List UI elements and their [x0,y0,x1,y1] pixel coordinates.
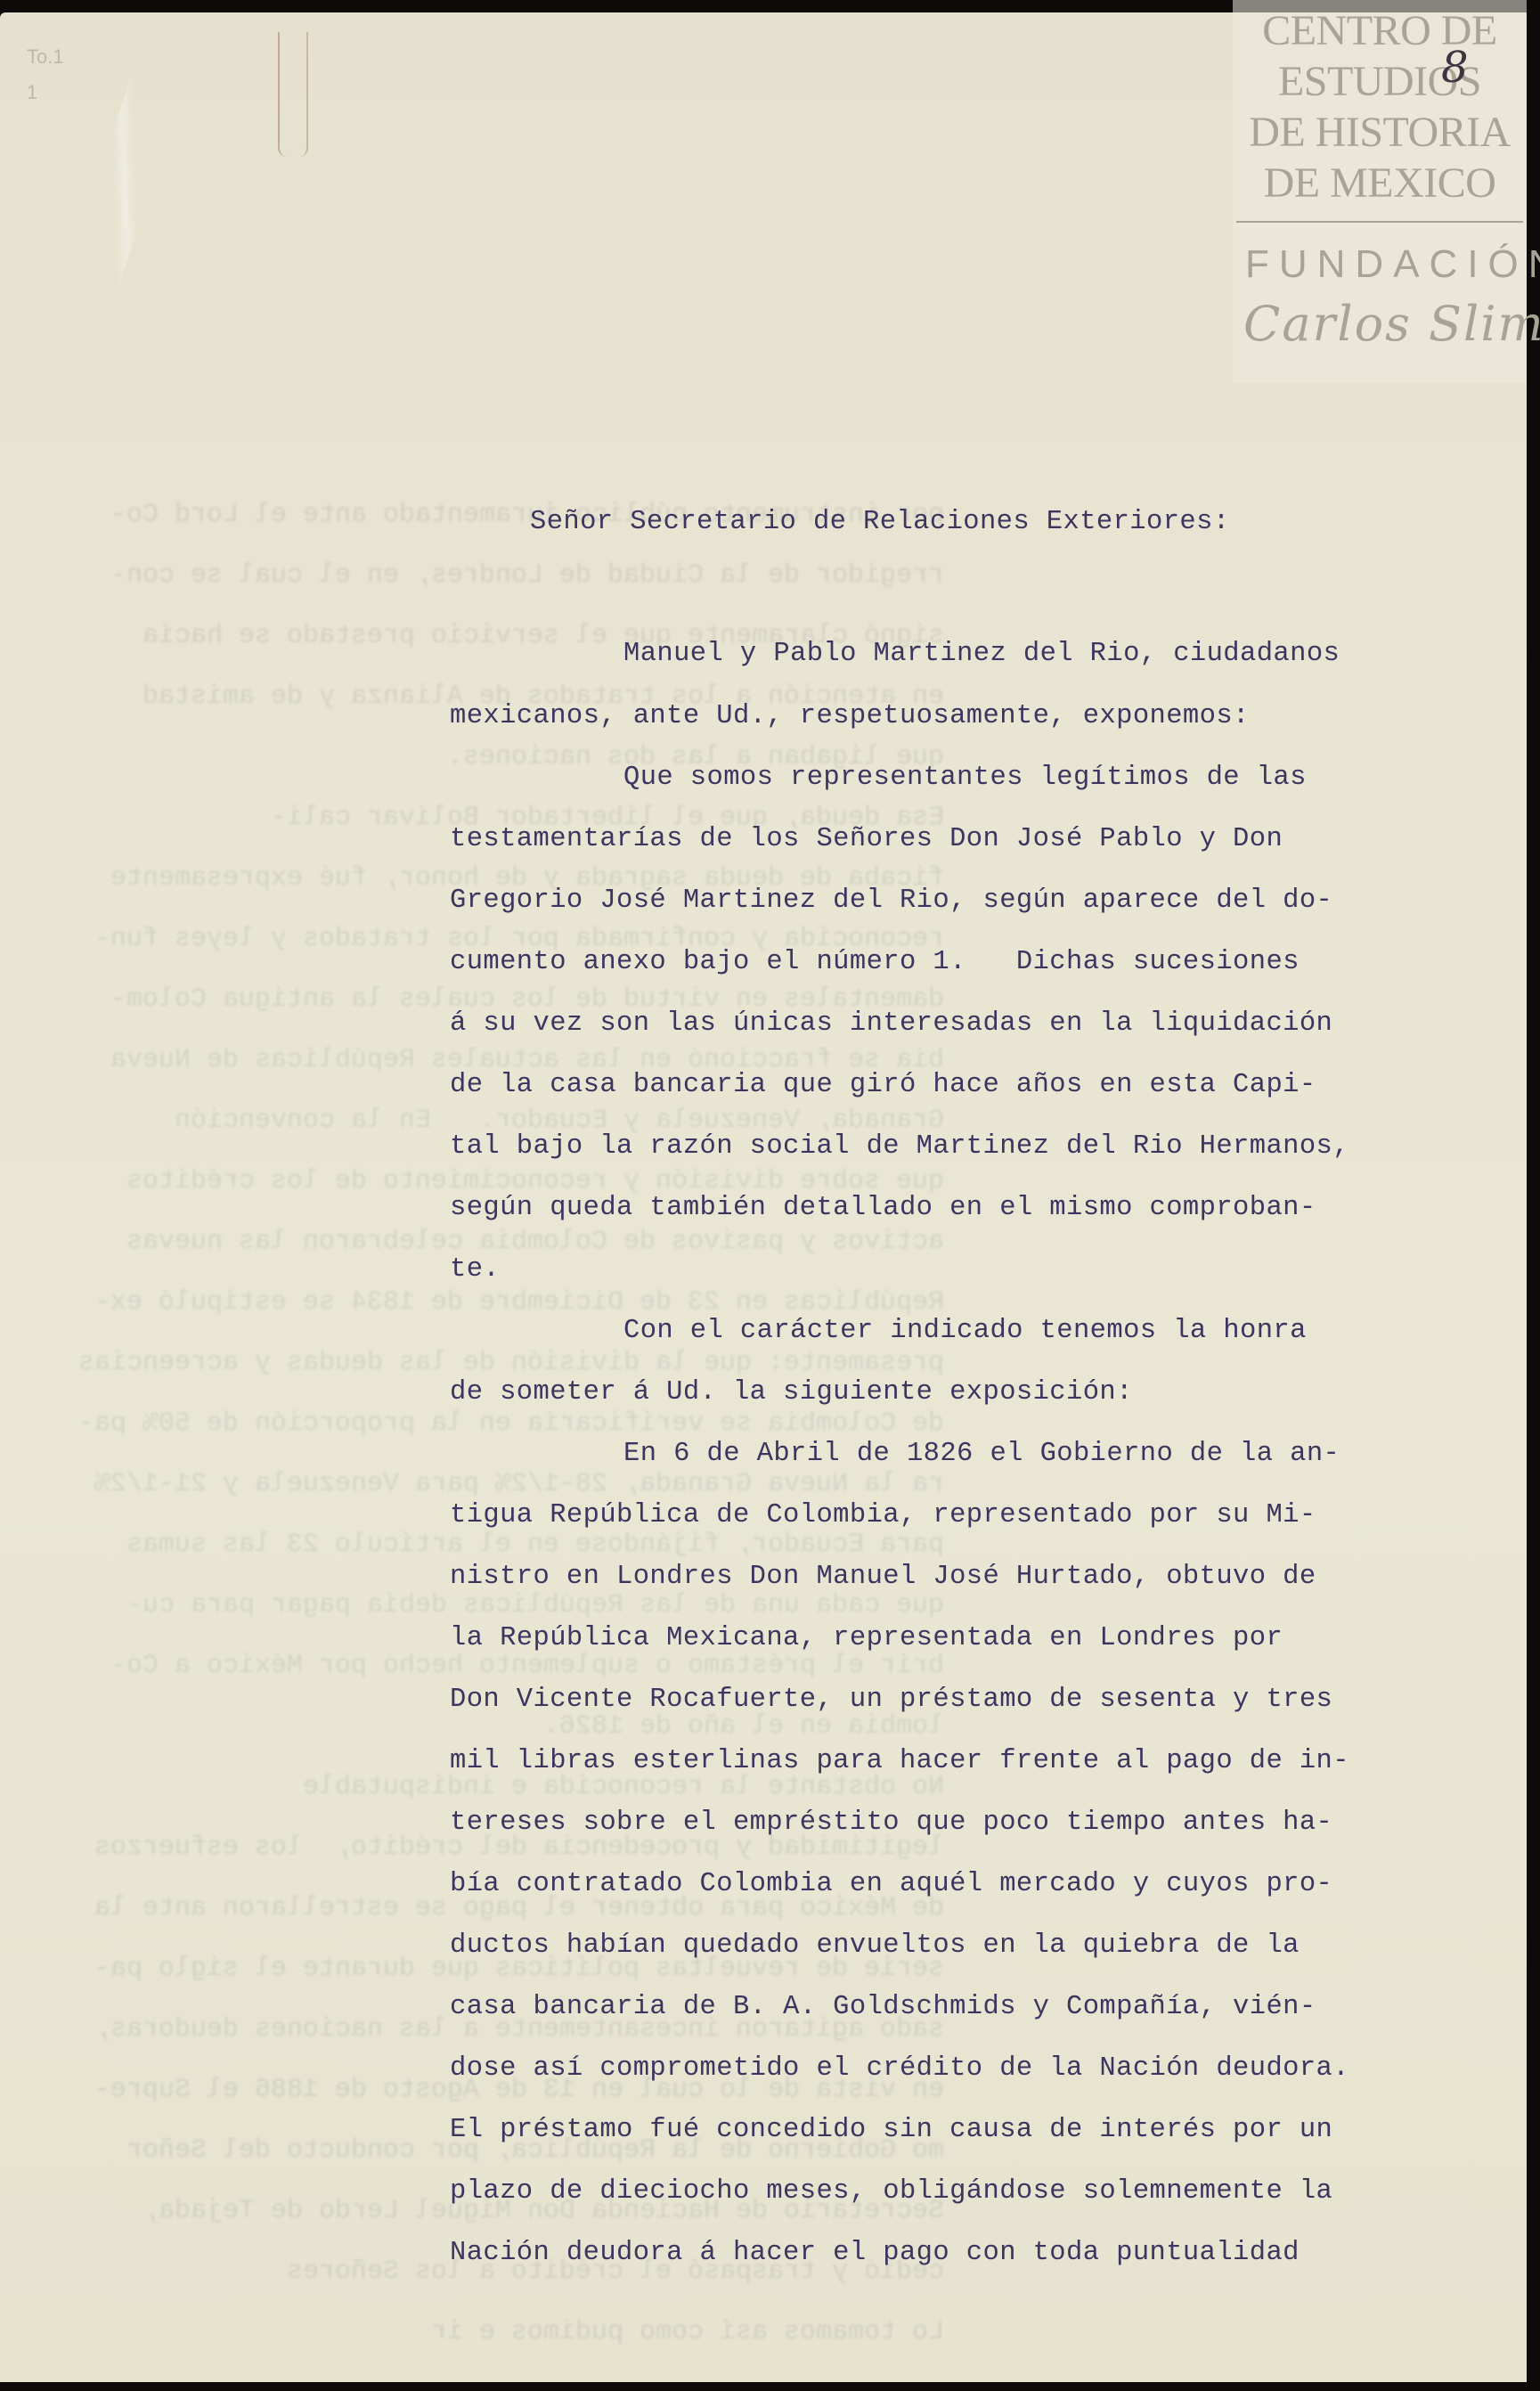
archive-watermark: CENTRO DE ESTUDIOS DE HISTORIA DE MEXICO… [1233,0,1527,383]
watermark-line: ESTUDIOS [1233,56,1527,107]
document-line: Gregorio José Martinez del Rio, según ap… [450,885,1332,921]
watermark-signature-logo: Carlos Slim [1233,296,1527,352]
document-line: de someter á Ud. la siguiente exposición… [450,1377,1133,1413]
document-line: te. [450,1254,500,1290]
document-line: de la casa bancaria que giró hace años e… [450,1070,1316,1106]
watermark-line: DE HISTORIA [1233,107,1527,158]
document-line: bía contratado Colombia en aquél mercado… [450,1869,1332,1905]
watermark-line: CENTRO DE [1233,5,1527,56]
document-line: á su vez son las únicas interesadas en l… [450,1008,1332,1044]
watermark-institution: CENTRO DE ESTUDIOS DE HISTORIA DE MEXICO [1233,5,1527,208]
document-line: El préstamo fué concedido sin causa de i… [450,2115,1332,2150]
document-line: según queda también detallado en el mism… [450,1193,1316,1228]
watermark-divider [1236,221,1523,223]
document-line: casa bancaria de B. A. Goldschmids y Com… [450,1992,1316,2028]
document-line: dose así comprometido el crédito de la N… [450,2053,1349,2089]
document-line: Que somos representantes legítimos de la… [623,763,1307,798]
document-line: tal bajo la razón social de Martinez del… [450,1131,1349,1167]
document-line: Con el carácter indicado tenemos la honr… [623,1316,1307,1351]
document-line: Don Vicente Rocafuerte, un préstamo de s… [450,1685,1332,1720]
document-line: tigua República de Colombia, representad… [450,1500,1316,1536]
watermark-line: DE MEXICO [1233,158,1527,208]
paper-stain [278,32,308,157]
folio-number: 8 [1441,43,1469,93]
watermark-foundation: FUNDACIÓN [1233,242,1527,287]
document-line: tereses sobre el empréstito que poco tie… [450,1808,1332,1843]
document-line: testamentarías de los Señores Don José P… [450,824,1283,860]
document-line: Manuel y Pablo Martinez del Rio, ciudada… [623,639,1340,674]
pencil-margin-note: To.11 [27,39,64,110]
document-line: En 6 de Abril de 1826 el Gobierno de la … [623,1439,1340,1474]
document-line: plazo de dieciocho meses, obligándose so… [450,2176,1332,2212]
salutation: Señor Secretario de Relaciones Exteriore… [530,507,1230,543]
document-line: la República Mexicana, representada en L… [450,1623,1283,1659]
document-line: nistro en Londres Don Manuel José Hurtad… [450,1562,1316,1597]
document-line: mexicanos, ante Ud., respetuosamente, ex… [450,701,1250,737]
document-line: ductos habían quedado envueltos en la qu… [450,1930,1300,1966]
document-line: mil libras esterlinas para hacer frente … [450,1746,1349,1782]
document-line: cumento anexo bajo el número 1. Dichas s… [450,947,1300,983]
document-line: Nación deudora á hacer el pago con toda … [450,2238,1300,2273]
